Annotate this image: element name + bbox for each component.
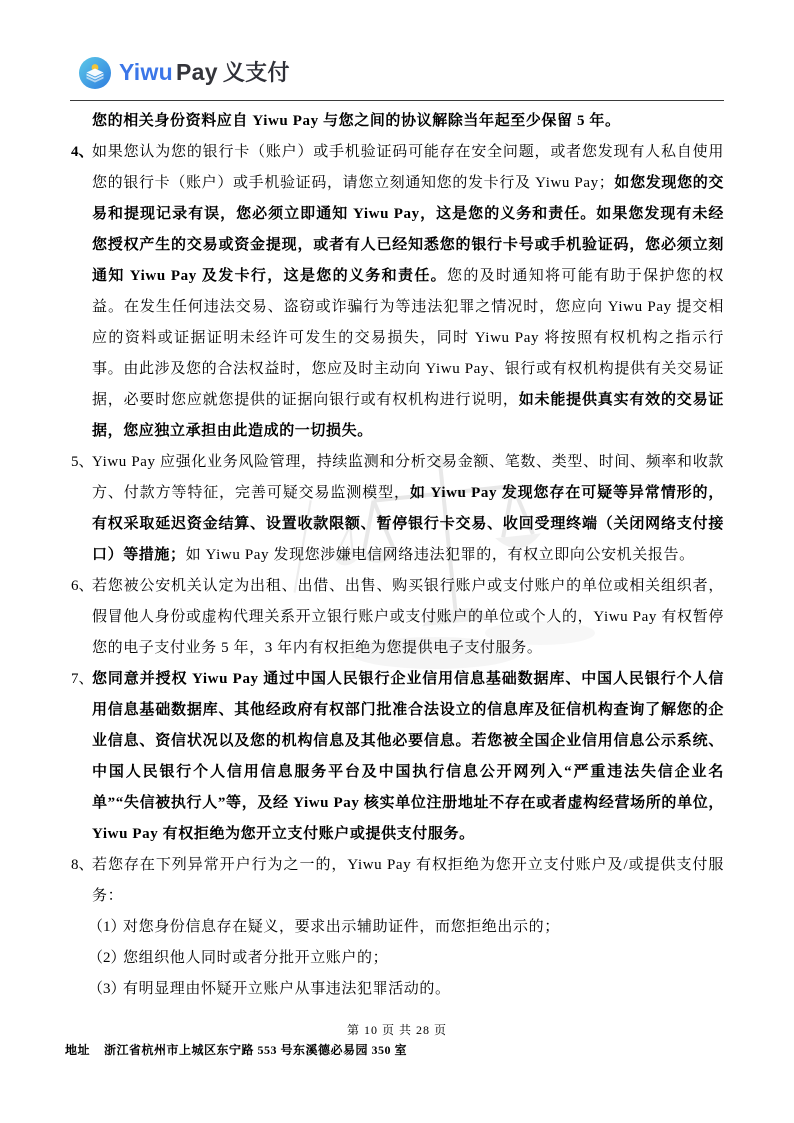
yiwupay-logo-icon (79, 57, 111, 89)
terms-item: 8、若您存在下列异常开户行为之一的，Yiwu Pay 有权拒绝为您开立支付账户及… (71, 850, 724, 912)
item-marker: （1） (88, 912, 126, 943)
item-marker: 6、 (71, 571, 94, 602)
brand-chinese: 义支付 (223, 60, 290, 85)
page-indicator: 第 10 页 共 28 页 (0, 1021, 794, 1038)
item-text-run: 您组织他人同时或者分批开立账户的； (123, 950, 388, 966)
item-marker: 4、 (71, 137, 94, 168)
footer-address: 地址浙江省杭州市上城区东宁路 553 号东溪德必易园 350 室 (65, 1041, 407, 1058)
terms-item: 6、若您被公安机关认定为出租、出借、出售、购买银行账户或支付账户的单位或相关组织… (71, 571, 724, 664)
terms-item: 7、您同意并授权 Yiwu Pay 通过中国人民银行企业信用信息基础数据库、中国… (71, 664, 724, 850)
brand-pay: Pay (176, 59, 218, 85)
terms-list: 4、如果您认为您的银行卡（账户）或手机验证码可能存在安全问题，或者您发现有人私自… (71, 137, 724, 1005)
item-text-run: 对您身份信息存在疑义，要求出示辅助证件，而您拒绝出示的； (123, 919, 560, 935)
item-marker: （2） (88, 943, 126, 974)
terms-sub-item: （1）对您身份信息存在疑义，要求出示辅助证件，而您拒绝出示的； (71, 912, 724, 943)
document-page: YiwuPay义支付 (0, 0, 794, 1123)
address-value: 浙江省杭州市上城区东宁路 553 号东溪德必易园 350 室 (104, 1043, 407, 1057)
brand-yiwu: Yiwu (119, 59, 173, 85)
item-text-run: 如 Yiwu Pay 发现您涉嫌电信网络违法犯罪的，有权立即向公安机关报告。 (186, 547, 695, 563)
brand-text: YiwuPay义支付 (119, 56, 290, 89)
terms-intro-line: 您的相关身份资料应自 Yiwu Pay 与您之间的协议解除当年起至少保留 5 年… (71, 106, 724, 137)
terms-content: 您的相关身份资料应自 Yiwu Pay 与您之间的协议解除当年起至少保留 5 年… (71, 106, 724, 1005)
item-marker: 7、 (71, 664, 94, 695)
terms-item: 5、Yiwu Pay 应强化业务风险管理，持续监测和分析交易金额、笔数、类型、时… (71, 447, 724, 571)
yiwupay-logo: YiwuPay义支付 (79, 56, 290, 89)
item-text-run: 若您存在下列异常开户行为之一的，Yiwu Pay 有权拒绝为您开立支付账户及/或… (92, 857, 724, 904)
item-text-run: 有明显理由怀疑开立账户从事违法犯罪活动的。 (123, 981, 451, 997)
address-label: 地址 (65, 1043, 90, 1057)
terms-sub-item: （3）有明显理由怀疑开立账户从事违法犯罪活动的。 (71, 974, 724, 1005)
header-divider (70, 100, 724, 101)
item-marker: （3） (88, 974, 126, 1005)
item-marker: 8、 (71, 850, 94, 881)
terms-item: 4、如果您认为您的银行卡（账户）或手机验证码可能存在安全问题，或者您发现有人私自… (71, 137, 724, 447)
item-text-run: 若您被公安机关认定为出租、出借、出售、购买银行账户或支付账户的单位或相关组织者，… (92, 578, 724, 656)
item-text-run: 您同意并授权 Yiwu Pay 通过中国人民银行企业信用信息基础数据库、中国人民… (92, 671, 724, 842)
item-marker: 5、 (71, 447, 94, 478)
terms-sub-item: （2）您组织他人同时或者分批开立账户的； (71, 943, 724, 974)
item-text-run: 您的及时通知将可能有助于保护您的权益。在发生任何违法交易、盗窃或诈骗行为等违法犯… (92, 268, 724, 408)
